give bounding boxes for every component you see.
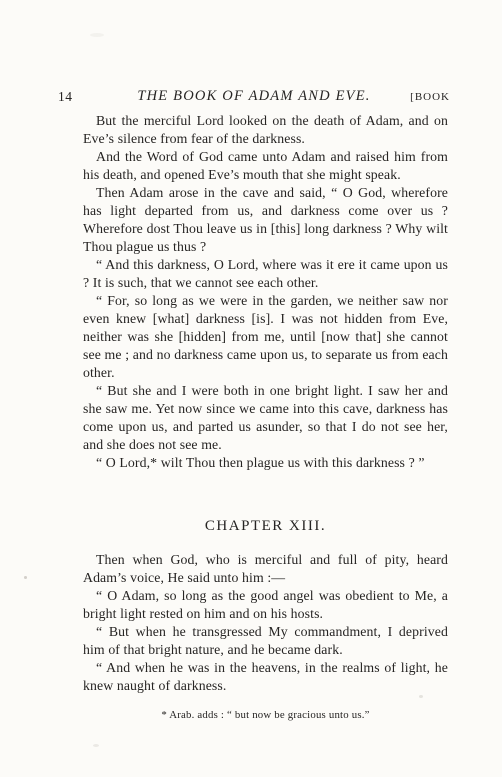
scan-speck bbox=[90, 33, 104, 37]
body-paragraph-3: Then Adam arose in the cave and said, “ … bbox=[83, 184, 448, 256]
book-page: 14 THE BOOK OF ADAM AND EVE. [BOOK But t… bbox=[0, 0, 502, 777]
chapter-heading: CHAPTER XIII. bbox=[83, 517, 448, 536]
page-text: But the merciful Lord looked on the deat… bbox=[83, 112, 448, 721]
body-paragraph-7: “ O Lord,* wilt Thou then plague us with… bbox=[83, 454, 448, 472]
scan-speck bbox=[419, 695, 423, 698]
section-marker: [BOOK bbox=[410, 91, 450, 103]
body-paragraph-6: “ But she and I were both in one bright … bbox=[83, 382, 448, 454]
body-paragraph-1: But the merciful Lord looked on the deat… bbox=[83, 112, 448, 148]
chapter-paragraph-3: “ But when he transgressed My commandmen… bbox=[83, 623, 448, 659]
chapter-paragraph-4: “ And when he was in the heavens, in the… bbox=[83, 659, 448, 695]
body-paragraph-4: “ And this darkness, O Lord, where was i… bbox=[83, 256, 448, 292]
footnote: * Arab. adds : “ but now be gracious unt… bbox=[83, 709, 448, 721]
chapter-paragraph-1: Then when God, who is merciful and full … bbox=[83, 551, 448, 587]
body-paragraph-2: And the Word of God came unto Adam and r… bbox=[83, 148, 448, 184]
chapter-paragraph-2: “ O Adam, so long as the good angel was … bbox=[83, 587, 448, 623]
running-title: THE BOOK OF ADAM AND EVE. bbox=[58, 88, 450, 105]
page-header: 14 THE BOOK OF ADAM AND EVE. [BOOK bbox=[58, 88, 450, 104]
body-paragraph-5: “ For, so long as we were in the garden,… bbox=[83, 292, 448, 382]
scan-speck bbox=[24, 576, 27, 579]
scan-speck bbox=[93, 744, 99, 747]
